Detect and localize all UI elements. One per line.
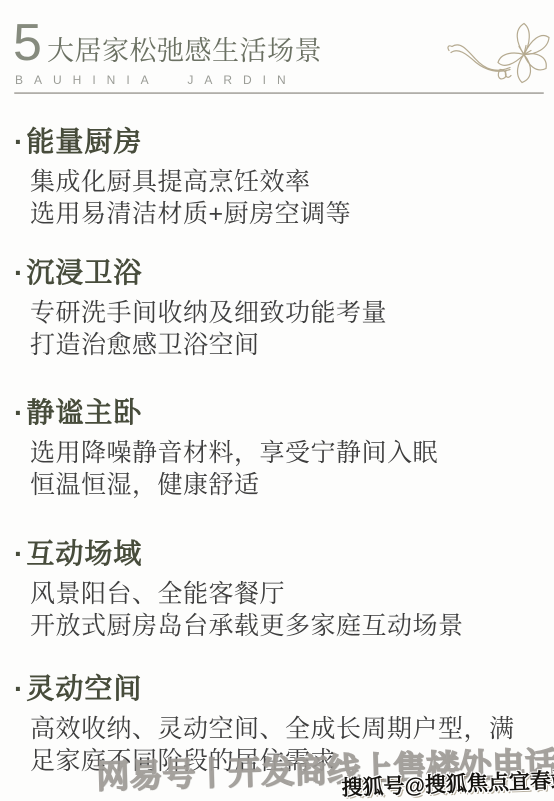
section-body: 风景阳台、全能客餐厅 开放式厨房岛台承载更多家庭互动场景	[30, 578, 548, 642]
bullet-dot: ·	[14, 257, 24, 288]
section-title: 沉浸卫浴	[26, 257, 142, 288]
section-body: 选用降噪静音材料，享受宁静间入眠 恒温恒湿，健康舒适	[30, 437, 548, 501]
body-line: 选用易清洁材质+厨房空调等	[30, 198, 548, 230]
section-heading: ·互动场域	[14, 538, 548, 569]
header-divider	[14, 92, 544, 94]
page-title: 大居家松弛感生活场景	[47, 37, 322, 65]
section-body: 集成化厨具提高烹饪效率 选用易清洁材质+厨房空调等	[30, 166, 548, 230]
body-line: 风景阳台、全能客餐厅	[30, 578, 548, 610]
body-line: 恒温恒湿，健康舒适	[30, 469, 548, 501]
section-title: 灵动空间	[26, 673, 142, 704]
section-title: 能量厨房	[26, 126, 142, 157]
header-number: 5	[13, 18, 42, 68]
section-heading: ·能量厨房	[14, 126, 548, 157]
bullet-dot: ·	[14, 397, 24, 428]
promo-page: 5 大居家松弛感生活场景 BAUHINIA JARDIN ·能量厨房 集成化厨具…	[0, 0, 554, 801]
page-subtitle: BAUHINIA JARDIN	[15, 73, 297, 87]
section-title: 静谧主卧	[26, 397, 142, 428]
section-interactive-zone: ·互动场域 风景阳台、全能客餐厅 开放式厨房岛台承载更多家庭互动场景	[14, 538, 548, 642]
section-quiet-bedroom: ·静谧主卧 选用降噪静音材料，享受宁静间入眠 恒温恒湿，健康舒适	[14, 397, 548, 501]
bullet-dot: ·	[14, 673, 24, 704]
body-line: 专研洗手间收纳及细致功能考量	[30, 297, 548, 329]
bullet-dot: ·	[14, 538, 24, 569]
section-energy-kitchen: ·能量厨房 集成化厨具提高烹饪效率 选用易清洁材质+厨房空调等	[14, 126, 548, 230]
bauhinia-flower-icon	[444, 20, 552, 86]
section-body: 专研洗手间收纳及细致功能考量 打造治愈感卫浴空间	[30, 297, 548, 361]
body-line: 开放式厨房岛台承载更多家庭互动场景	[30, 610, 548, 642]
section-heading: ·灵动空间	[14, 673, 548, 704]
section-immersive-bath: ·沉浸卫浴 专研洗手间收纳及细致功能考量 打造治愈感卫浴空间	[14, 257, 548, 361]
body-line: 选用降噪静音材料，享受宁静间入眠	[30, 437, 548, 469]
body-line: 集成化厨具提高烹饪效率	[30, 166, 548, 198]
body-line: 打造治愈感卫浴空间	[30, 329, 548, 361]
section-heading: ·沉浸卫浴	[14, 257, 548, 288]
bullet-dot: ·	[14, 126, 24, 157]
section-title: 互动场域	[26, 538, 142, 569]
section-heading: ·静谧主卧	[14, 397, 548, 428]
